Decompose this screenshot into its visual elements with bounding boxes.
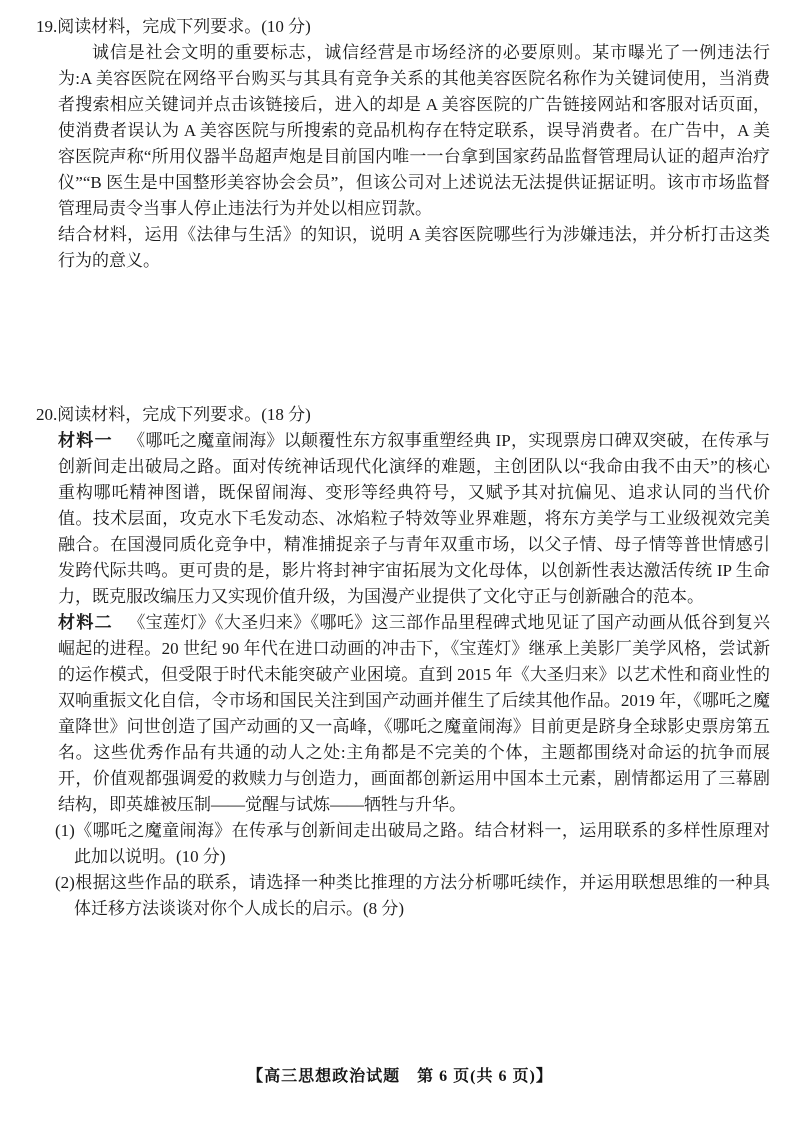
exam-paper-page: 19.阅读材料，完成下列要求。(10 分) 诚信是社会文明的重要标志，诚信经营是…	[0, 0, 800, 1132]
question-20-material-2-paragraph: 材料二《宝莲灯》《大圣归来》《哪吒》这三部作品里程碑式地见证了国产动画从低谷到复…	[58, 610, 770, 818]
question-20-heading: 20.阅读材料，完成下列要求。(18 分)	[58, 402, 770, 428]
question-19-heading: 19.阅读材料，完成下列要求。(10 分)	[58, 14, 770, 40]
material-1-text: 《哪吒之魔童闹海》以颠覆性东方叙事重塑经典 IP，实现票房口碑双突破，在传承与创…	[58, 431, 770, 606]
question-19-material-paragraph: 诚信是社会文明的重要标志，诚信经营是市场经济的必要原则。某市曝光了一例违法行为:…	[58, 40, 770, 222]
question-20: 20.阅读材料，完成下列要求。(18 分) 材料一《哪吒之魔童闹海》以颠覆性东方…	[36, 402, 770, 922]
material-2-label: 材料二	[58, 613, 113, 632]
page-footer: 【高三思想政治试题 第 6 页(共 6 页)】	[0, 1063, 800, 1086]
question-19-task-paragraph: 结合材料，运用《法律与生活》的知识，说明 A 美容医院哪些行为涉嫌违法，并分析打…	[58, 222, 770, 274]
page-content: 19.阅读材料，完成下列要求。(10 分) 诚信是社会文明的重要标志，诚信经营是…	[0, 0, 800, 922]
question-20-sub-question-2: (2)根据这些作品的联系，请选择一种类比推理的方法分析哪吒续作，并运用联想思维的…	[55, 870, 770, 922]
question-20-material-1-paragraph: 材料一《哪吒之魔童闹海》以颠覆性东方叙事重塑经典 IP，实现票房口碑双突破，在传…	[58, 428, 770, 610]
question-20-sub-question-1: (1)《哪吒之魔童闹海》在传承与创新间走出破局之路。结合材料一，运用联系的多样性…	[55, 818, 770, 870]
material-1-label: 材料一	[58, 431, 113, 450]
material-2-text: 《宝莲灯》《大圣归来》《哪吒》这三部作品里程碑式地见证了国产动画从低谷到复兴崛起…	[58, 613, 770, 814]
question-19: 19.阅读材料，完成下列要求。(10 分) 诚信是社会文明的重要标志，诚信经营是…	[36, 14, 770, 274]
